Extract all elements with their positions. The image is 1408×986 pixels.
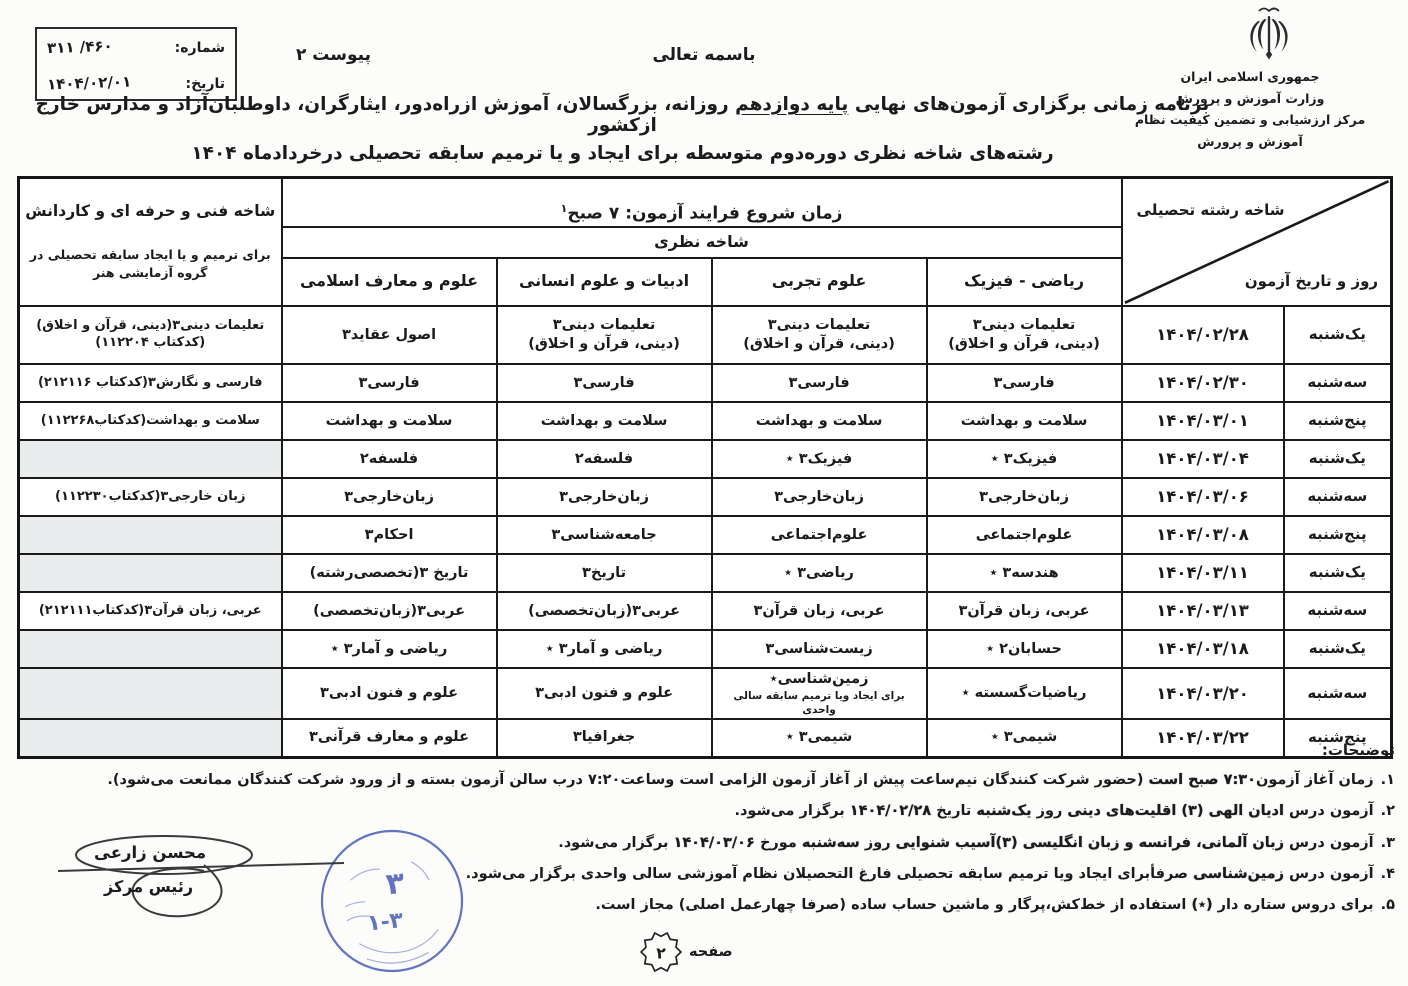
diagonal-label-branch: شاخه رشته تحصیلی — [1137, 201, 1285, 221]
math-cell: فارسی۳ — [927, 364, 1122, 402]
table-row: پنج‌شنبه۱۴۰۴/۰۳/۰۱سلامت و بهداشتسلامت و … — [19, 402, 1392, 440]
table-row: سه‌شنبه۱۴۰۴/۰۳/۱۳عربی، زبان قرآن۳عربی، ز… — [19, 592, 1392, 630]
science-cell: علوم‌اجتماعی — [712, 516, 927, 554]
signer-name: محسن زارعی — [94, 843, 206, 862]
note-text-segment: زمان آغاز آزمون — [1256, 772, 1374, 788]
ministry-line: جمهوری اسلامی ایران — [1124, 66, 1376, 88]
diagonal-header-cell: شاخه رشته تحصیلی روز و تاریخ آزمون — [1122, 178, 1392, 307]
vocational-cell: تعلیمات دینی۳(دینی، قرآن و اخلاق) (کدکتا… — [19, 306, 282, 364]
vocational-cell — [19, 440, 282, 478]
document-page: شماره: ۴۶۰/ ۳۱۱ تاریخ: ۱۴۰۴/۰۲/۰۱ پیوست … — [0, 0, 1408, 986]
ref-number-value: ۴۶۰/ ۳۱۱ — [47, 37, 113, 57]
humanities-cell: سلامت و بهداشت — [497, 402, 712, 440]
column-head-islamic: علوم و معارف اسلامی — [282, 258, 497, 306]
note-text-segment: ۱۴۰۴/۰۲/۲۸ — [850, 803, 931, 819]
science-cell: سلامت و بهداشت — [712, 402, 927, 440]
science-cell: فارسی۳ — [712, 364, 927, 402]
humanities-cell: ریاضی و آمار۳ ٭ — [497, 630, 712, 668]
math-cell: عربی، زبان قرآن۳ — [927, 592, 1122, 630]
day-cell: سه‌شنبه — [1284, 364, 1392, 402]
table-row: سه‌شنبه۱۴۰۴/۰۳/۰۶زبان‌خارجی۳زبان‌خارجی۳ز… — [19, 478, 1392, 516]
table-row: سه‌شنبه۱۴۰۴/۰۲/۳۰فارسی۳فارسی۳فارسی۳فارسی… — [19, 364, 1392, 402]
vocational-cell — [19, 554, 282, 592]
science-cell: ریاضی۳ ٭ — [712, 554, 927, 592]
page-number: ۲ — [656, 943, 666, 962]
note-text-segment: برگزار می‌شود. — [558, 835, 673, 851]
humanities-cell: فلسفه۲ — [497, 440, 712, 478]
date-cell: ۱۴۰۴/۰۲/۲۸ — [1122, 306, 1284, 364]
diagonal-label-date: روز و تاریخ آزمون — [1245, 272, 1378, 292]
ref-date-row: تاریخ: ۱۴۰۴/۰۲/۰۱ — [47, 74, 225, 92]
column-head-math: ریاضی - فیزیک — [927, 258, 1122, 306]
date-cell: ۱۴۰۴/۰۳/۱۳ — [1122, 592, 1284, 630]
note-text-segment: تاریخ — [931, 803, 976, 819]
date-cell: ۱۴۰۴/۰۳/۰۶ — [1122, 478, 1284, 516]
science-cell-note: برای ایجاد ویا ترمیم سابقه سالی واحدی — [716, 690, 923, 717]
note-text-segment: (٭) — [1191, 897, 1212, 913]
ref-number-label: شماره: — [175, 40, 225, 56]
title-line-2: رشته‌های شاخه نظری دوره‌دوم متوسطه برای … — [0, 143, 1245, 164]
note-text-segment: ۱۴۰۴/۰۳/۰۶ — [673, 835, 754, 851]
ref-date-value: ۱۴۰۴/۰۲/۰۱ — [47, 73, 132, 94]
page-label: صفحه — [689, 944, 733, 960]
column-head-humanities: ادبیات و علوم انسانی — [497, 258, 712, 306]
humanities-cell: علوم و فنون ادبی۳ — [497, 668, 712, 719]
islamic-cell: فلسفه۲ — [282, 440, 497, 478]
islamic-cell: زبان‌خارجی۳ — [282, 478, 497, 516]
exam-schedule-table: شاخه رشته تحصیلی روز و تاریخ آزمون زمان … — [17, 176, 1393, 759]
date-cell: ۱۴۰۴/۰۳/۰۴ — [1122, 440, 1284, 478]
vocational-cell — [19, 516, 282, 554]
note-number: ۲. — [1381, 803, 1395, 819]
note-line: ۲.آزمون درس ادیان الهی (۳) اقلیت‌های دین… — [11, 801, 1395, 821]
math-cell: حسابان۲ ٭ — [927, 630, 1122, 668]
islamic-cell: اصول عقاید۳ — [282, 306, 497, 364]
math-cell: فیزیک۳ ٭ — [927, 440, 1122, 478]
table-row: یک‌شنبه۱۴۰۴/۰۲/۲۸تعلیمات دینی۳ (دینی، قر… — [19, 306, 1392, 364]
humanities-cell: عربی۳(زبان‌تخصصی) — [497, 592, 712, 630]
math-cell: تعلیمات دینی۳ (دینی، قرآن و اخلاق) — [927, 306, 1122, 364]
column-head-science: علوم تجربی — [712, 258, 927, 306]
note-text-segment: یک‌شنبه — [976, 803, 1031, 819]
day-cell: پنج‌شنبه — [1284, 516, 1392, 554]
vocational-title: شاخه فنی و حرفه ای و کاردانش — [23, 201, 278, 221]
document-title: برنامه زمانی برگزاری آزمون‌های نهایی پای… — [0, 94, 1245, 164]
date-cell: ۱۴۰۴/۰۳/۰۸ — [1122, 516, 1284, 554]
vocational-cell: عربی، زبان قرآن۳(کدکتاب۲۱۲۱۱۱) — [19, 592, 282, 630]
humanities-cell: تاریخ۳ — [497, 554, 712, 592]
note-text-segment: زمین‌شناسی — [1193, 866, 1284, 882]
note-text-segment: استفاده از خط‌کش،پرگار و ماشین حساب ساده… — [595, 897, 1191, 913]
vocational-header-cell: شاخه فنی و حرفه ای و کاردانش برای ترمیم … — [19, 178, 282, 307]
math-cell: علوم‌اجتماعی — [927, 516, 1122, 554]
islamic-cell: علوم و فنون ادبی۳ — [282, 668, 497, 719]
note-text-segment: ۷:۳۰ صبح است — [1149, 772, 1256, 788]
islamic-cell: فارسی۳ — [282, 364, 497, 402]
note-text-segment: ادیان الهی (۳) اقلیت‌های دینی — [1067, 803, 1284, 819]
page-footer: صفحه ۲ — [640, 931, 733, 973]
note-number: ۱. — [1381, 772, 1395, 788]
day-cell: یک‌شنبه — [1284, 630, 1392, 668]
reference-box: شماره: ۴۶۰/ ۳۱۱ تاریخ: ۱۴۰۴/۰۲/۰۱ — [35, 27, 237, 101]
table-row: یک‌شنبه۱۴۰۴/۰۳/۱۱هندسه۳ ٭ریاضی۳ ٭تاریخ۳ت… — [19, 554, 1392, 592]
notes-title: توضیحات: — [11, 741, 1395, 759]
islamic-cell: ریاضی و آمار۳ ٭ — [282, 630, 497, 668]
note-text-segment: برای دروس ستاره دار — [1213, 897, 1374, 913]
islamic-cell: احکام۳ — [282, 516, 497, 554]
iran-emblem-icon — [1243, 5, 1295, 63]
vocational-cell: سلامت و بهداشت(کدکتاب۱۱۲۲۶۸) — [19, 402, 282, 440]
note-text-segment: روز — [1032, 803, 1068, 819]
note-text-segment: زبان آلمانی، فرانسه و زبان انگلیسی (۳)آس… — [896, 835, 1284, 851]
islamic-cell: عربی۳(زبان‌تخصصی) — [282, 592, 497, 630]
exam-table-wrap: شاخه رشته تحصیلی روز و تاریخ آزمون زمان … — [17, 176, 1393, 759]
math-cell: سلامت و بهداشت — [927, 402, 1122, 440]
date-cell: ۱۴۰۴/۰۳/۰۱ — [1122, 402, 1284, 440]
note-text-segment: سه‌شنبه — [802, 835, 860, 851]
note-number: ۴. — [1381, 866, 1395, 882]
science-cell: زیست‌شناسی۳ — [712, 630, 927, 668]
vocational-cell — [19, 630, 282, 668]
note-line: ۱.زمان آغاز آزمون۷:۳۰ صبح است (حضور شرکت… — [11, 770, 1395, 790]
note-text-segment: صرفأبرای ایجاد ویا ترمیم سابقه تحصیلی فا… — [466, 866, 1193, 882]
science-cell: زمین‌شناسی٭برای ایجاد ویا ترمیم سابقه سا… — [712, 668, 927, 719]
title-line1-grade: پایه دوازدهم — [735, 94, 848, 115]
date-cell: ۱۴۰۴/۰۳/۲۰ — [1122, 668, 1284, 719]
vocational-subtitle: برای ترمیم و یا ایجاد سابقه تحصیلی در گر… — [23, 246, 278, 284]
science-cell: زبان‌خارجی۳ — [712, 478, 927, 516]
title-line1-post: روزانه، بزرگسالان، آموزش ازراه‌دور، ایثا… — [36, 94, 735, 136]
ref-date-label: تاریخ: — [185, 76, 225, 92]
humanities-cell: فارسی۳ — [497, 364, 712, 402]
day-cell: سه‌شنبه — [1284, 668, 1392, 719]
day-cell: یک‌شنبه — [1284, 440, 1392, 478]
note-text-segment: روز — [860, 835, 896, 851]
note-text-segment: (حضور شرکت کنندگان نیم‌ساعت پیش از آغاز … — [107, 772, 1148, 788]
signer-role: رئیس مرکز — [104, 877, 193, 896]
page-number-starburst-icon: ۲ — [640, 931, 682, 973]
date-cell: ۱۴۰۴/۰۲/۳۰ — [1122, 364, 1284, 402]
day-cell: یک‌شنبه — [1284, 306, 1392, 364]
date-cell: ۱۴۰۴/۰۳/۱۸ — [1122, 630, 1284, 668]
table-row: سه‌شنبه۱۴۰۴/۰۳/۲۰ریاضیات‌گسسته ٭زمین‌شنا… — [19, 668, 1392, 719]
note-text-segment: آزمون درس — [1284, 835, 1374, 851]
attachment-label: پیوست ۲ — [296, 45, 371, 65]
day-cell: یک‌شنبه — [1284, 554, 1392, 592]
math-cell: هندسه۳ ٭ — [927, 554, 1122, 592]
table-row: پنج‌شنبه۱۴۰۴/۰۳/۰۸علوم‌اجتماعیعلوم‌اجتما… — [19, 516, 1392, 554]
table-row: یک‌شنبه۱۴۰۴/۰۳/۱۸حسابان۲ ٭زیست‌شناسی۳ریا… — [19, 630, 1392, 668]
humanities-cell: تعلیمات دینی۳ (دینی، قرآن و اخلاق) — [497, 306, 712, 364]
vocational-cell: زبان خارجی۳(کدکتاب۱۱۲۲۳۰) — [19, 478, 282, 516]
math-cell: زبان‌خارجی۳ — [927, 478, 1122, 516]
islamic-cell: تاریخ ۳(تخصصی‌رشته) — [282, 554, 497, 592]
science-cell: فیزیک۳ ٭ — [712, 440, 927, 478]
ref-number-row: شماره: ۴۶۰/ ۳۱۱ — [47, 38, 225, 56]
exam-table-body: یک‌شنبه۱۴۰۴/۰۲/۲۸تعلیمات دینی۳ (دینی، قر… — [19, 306, 1392, 757]
vocational-cell: فارسی و نگارش۳(کدکتاب ۲۱۲۱۱۶) — [19, 364, 282, 402]
note-text-segment: مورخ — [755, 835, 802, 851]
science-cell: تعلیمات دینی۳ (دینی، قرآن و اخلاق) — [712, 306, 927, 364]
title-line-1: برنامه زمانی برگزاری آزمون‌های نهایی پای… — [0, 94, 1245, 136]
science-cell: عربی، زبان قرآن۳ — [712, 592, 927, 630]
table-row: یک‌شنبه۱۴۰۴/۰۳/۰۴فیزیک۳ ٭فیزیک۳ ٭فلسفه۲ف… — [19, 440, 1392, 478]
day-cell: پنج‌شنبه — [1284, 402, 1392, 440]
note-number: ۵. — [1381, 897, 1395, 913]
note-text-segment: برگزار می‌شود. — [734, 803, 849, 819]
math-cell: ریاضیات‌گسسته ٭ — [927, 668, 1122, 719]
note-number: ۳. — [1381, 835, 1395, 851]
humanities-cell: جامعه‌شناسی۳ — [497, 516, 712, 554]
vocational-cell — [19, 668, 282, 719]
day-cell: سه‌شنبه — [1284, 478, 1392, 516]
day-cell: سه‌شنبه — [1284, 592, 1392, 630]
note-text-segment: آزمون درس — [1284, 803, 1374, 819]
header-row-time: شاخه رشته تحصیلی روز و تاریخ آزمون زمان … — [19, 178, 1392, 228]
start-time-header: زمان شروع فرایند آزمون: ۷ صبح۱ — [282, 178, 1122, 228]
signature-block: محسن زارعی رئیس مرکز — [52, 833, 352, 948]
humanities-cell: زبان‌خارجی۳ — [497, 478, 712, 516]
start-time-text: زمان شروع فرایند آزمون: ۷ صبح — [567, 204, 842, 224]
branch-header: شاخه نظری — [282, 227, 1122, 257]
islamic-cell: سلامت و بهداشت — [282, 402, 497, 440]
title-line1-pre: برنامه زمانی برگزاری آزمون‌های نهایی — [848, 94, 1209, 115]
exam-table-head: شاخه رشته تحصیلی روز و تاریخ آزمون زمان … — [19, 178, 1392, 307]
date-cell: ۱۴۰۴/۰۳/۱۱ — [1122, 554, 1284, 592]
basmala-text: باسمه تعالی — [584, 45, 824, 65]
note-text-segment: آزمون درس — [1284, 866, 1374, 882]
